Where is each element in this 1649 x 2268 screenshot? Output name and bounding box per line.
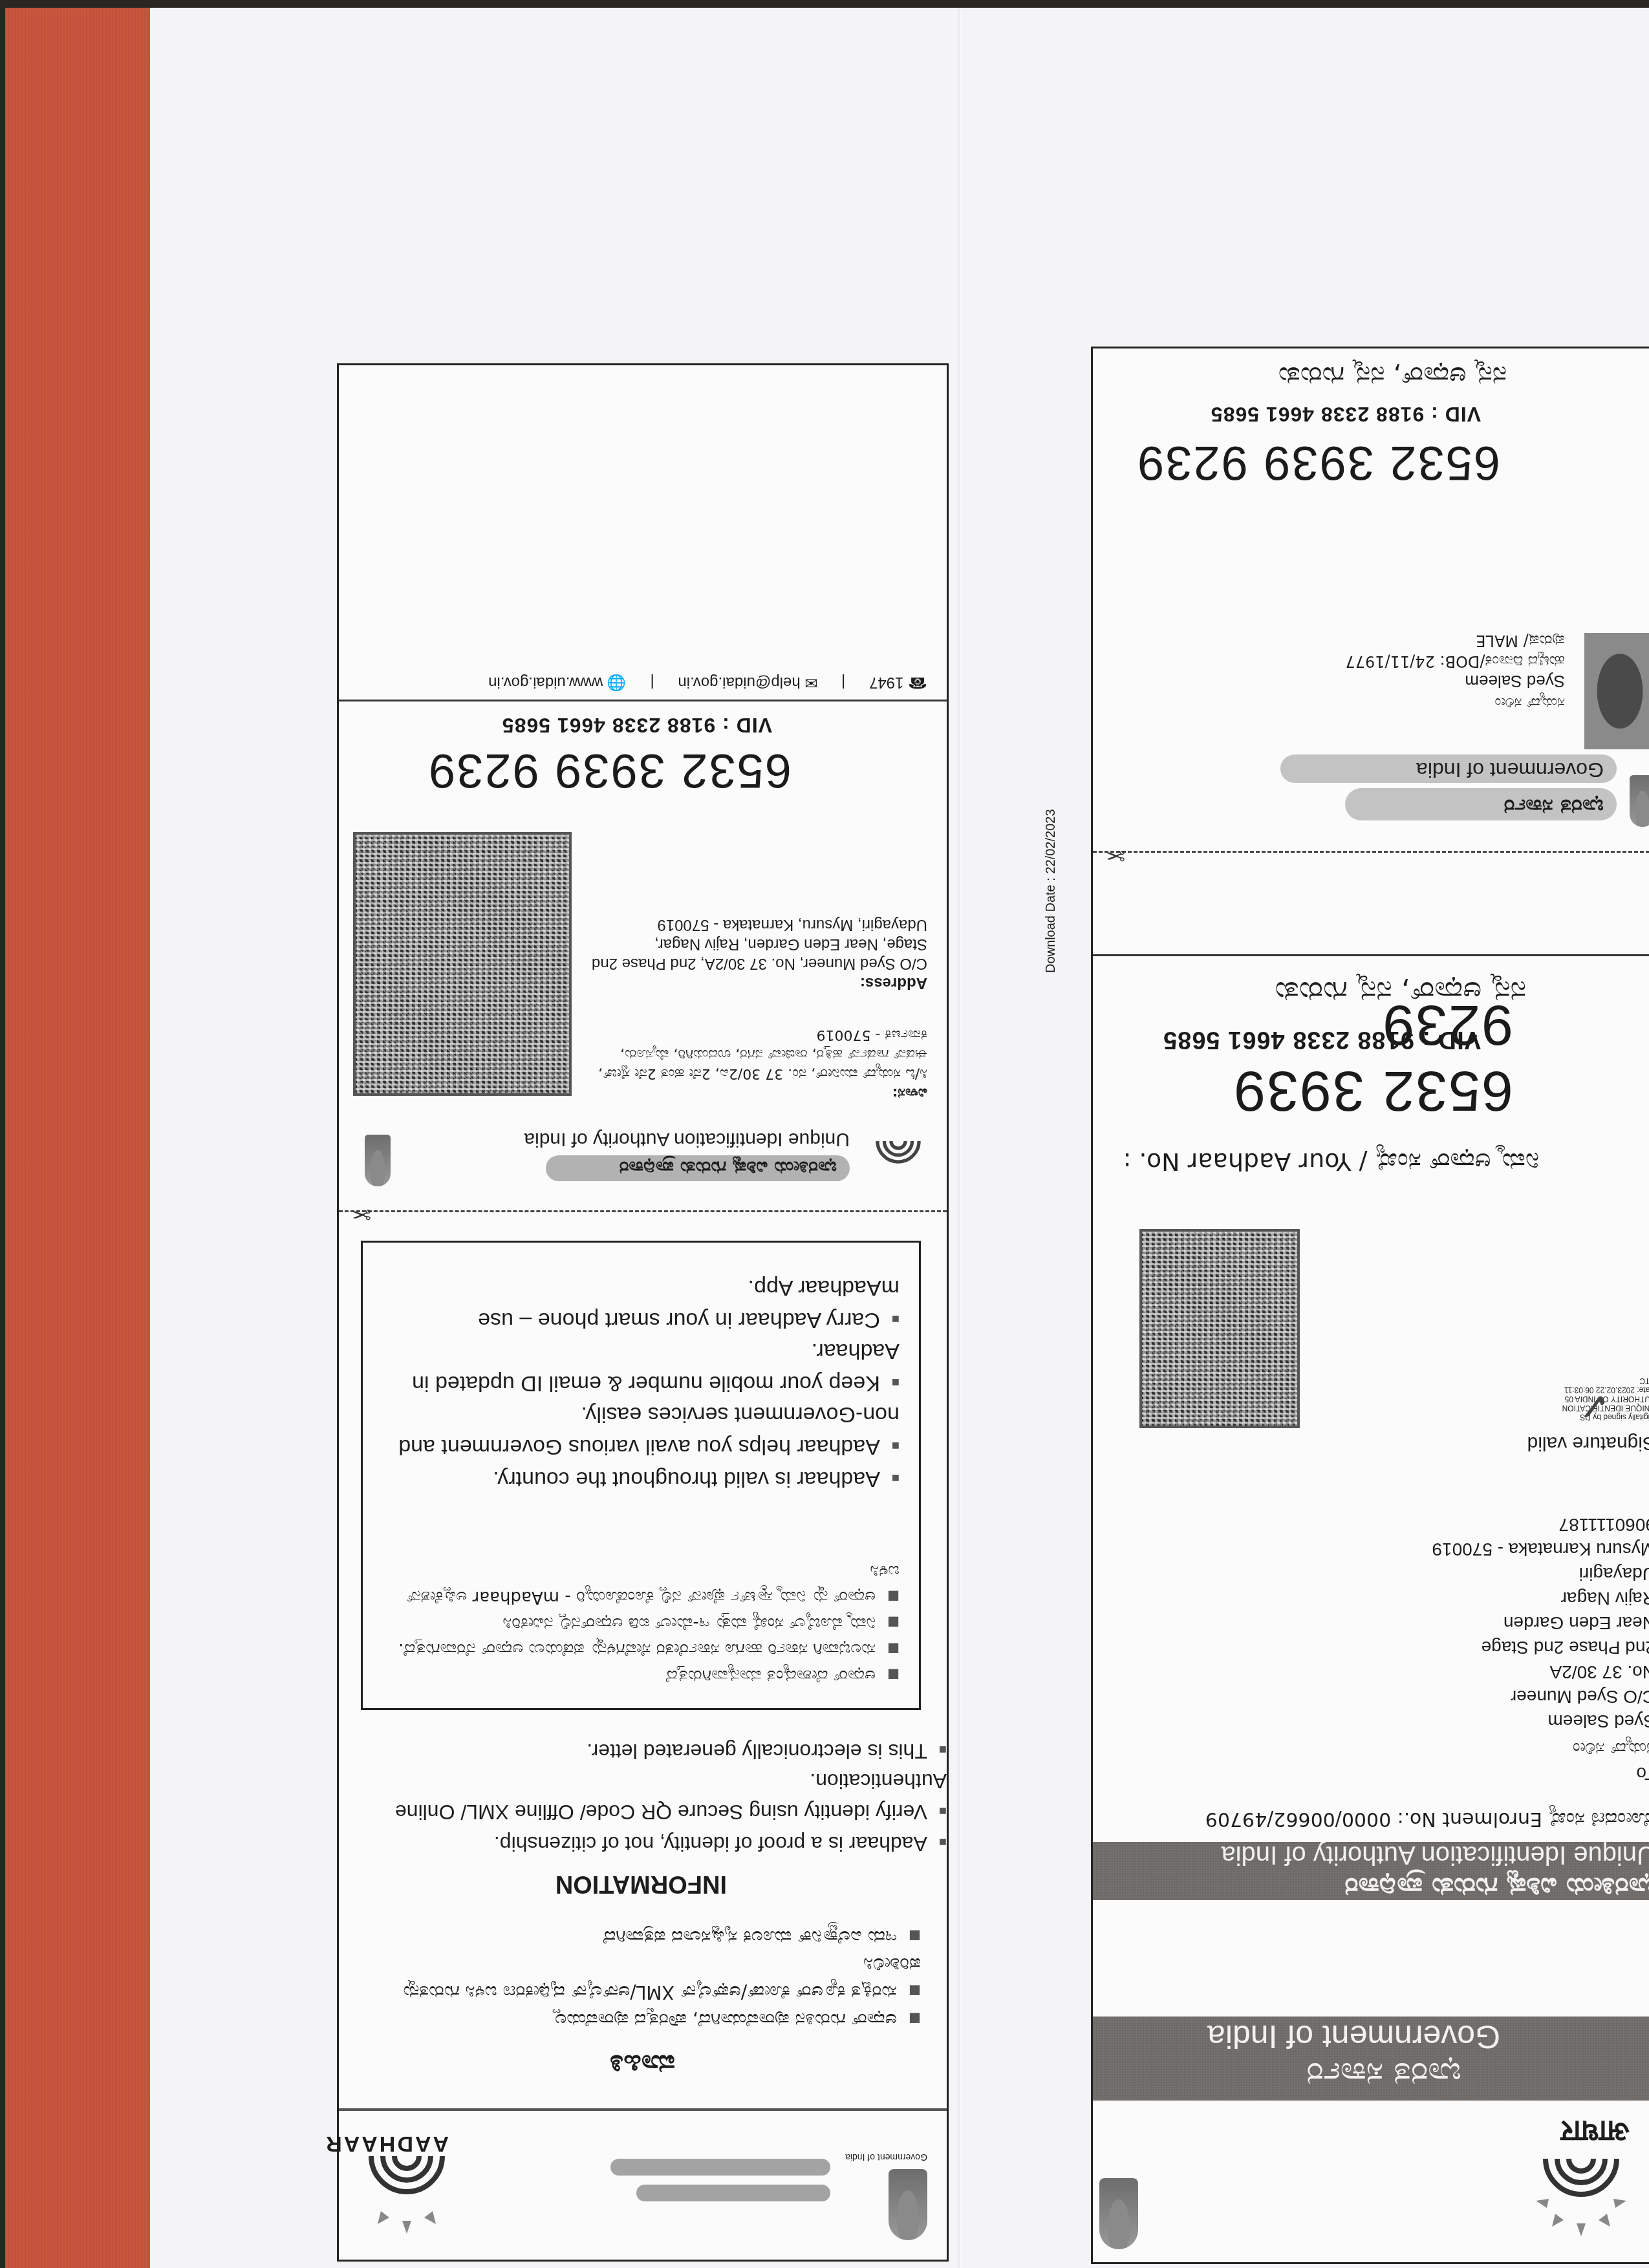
info-box-kn-list: ಆಧಾರ್ ದೇಶಾದ್ಯಂತ ಮಾನ್ಯವಾಗಿರುತ್ತದೆ ಸುಲಭವಾಗ… [382, 1558, 900, 1689]
list-item: Carry Aadhaar in your smart phone – use … [382, 1272, 900, 1336]
info-divider [339, 2108, 947, 2111]
list-item: ಆಧಾರ್ ದೇಶಾದ್ಯಂತ ಮಾನ್ಯವಾಗಿರುತ್ತದೆ [382, 1663, 900, 1689]
enrolment-no-value: 0000/00662/49709 [1205, 1808, 1391, 1830]
list-item: Keep your mobile number & email ID updat… [382, 1336, 900, 1399]
front-card-tagline: ನನ್ನ ಆಧಾರ್, ನನ್ನ ಗುರುತು [1278, 361, 1507, 390]
holder-photo [1584, 633, 1649, 749]
info-kn-list: ಆಧಾರ್ ಗುರುತಿನ ಪುರಾವೆಯಾಗಿದೆ, ಪೌರತ್ವದ ಪುರಾ… [365, 1923, 921, 2033]
back-card-vid: VID : 9188 2338 4661 5685 [502, 713, 772, 737]
govt-en-title: Government of India [1207, 2018, 1500, 2055]
info-header-smudge-2 [610, 2159, 830, 2176]
your-aadhaar-label: ನಿಮ್ಮ ಆಧಾರ್ ಸಂಖ್ಯೆ / Your Aadhaar No. : [1123, 1147, 1539, 1176]
info-en-list: Aadhaar is a proof of identity, not of c… [378, 1735, 947, 1859]
info-box-en-list: Aadhaar is valid throughout the country.… [382, 1272, 900, 1495]
list-item: ಸುರಕ್ಷಿತ ಕ್ಯೂಆರ್ ಕೋಡ್/ಆಫ್‌ಲೈನ್ XML/ಆನ್‌ಲ… [365, 1951, 921, 2006]
letter-qr-code [1139, 1229, 1300, 1428]
aadhaar-sun-logo-icon [1533, 2159, 1630, 2236]
addressee-block: Syed Saleem C/O Syed Muneer No. 37 30/2A… [1432, 1512, 1649, 1733]
rotated-document: आधार ಭಾರತ ಸರ್ಕಾರ Government of India ಭಾರ… [150, 8, 1649, 2268]
signature-check-mark-icon: ✓ [1578, 1383, 1610, 1428]
info-govt-label: Government of India [845, 2152, 927, 2163]
aadhaar-brand-text: AADHAAR [324, 2131, 449, 2156]
letter-panel: आधार ಭಾರತ ಸರ್ಕಾರ Government of India ಭಾರ… [1091, 347, 1649, 2264]
phone-icon: ☎ [908, 674, 927, 691]
back-card-uidai-en: Unique Identification Authority of India [524, 1128, 850, 1150]
back-card-aadhaar-number: 6532 3939 9239 [427, 744, 792, 798]
front-card-gender: ಪುರುಷ/ MALE [1476, 632, 1565, 650]
download-date: Download Date : 22/02/2023 [1044, 792, 1059, 973]
front-card-aadhaar-number: 6532 3939 9239 [1136, 436, 1500, 491]
to-label: To [1636, 1763, 1649, 1784]
addressee-kn: ಸಯ್ಯದ್ ಸಲೀಂ [1573, 1738, 1649, 1758]
national-emblem-icon [1099, 2178, 1138, 2249]
govt-kn-title: ಭಾರತ ಸರ್ಕಾರ [1306, 2055, 1461, 2093]
list-item: ಸುಲಭವಾಗಿ ಸರ್ಕಾರಿ ಹಾಗೂ ಸರ್ಕಾರೇತರ ಸೇವೆಗಳನ್… [382, 1636, 900, 1663]
back-card-qr-code [353, 832, 572, 1096]
list-item: Aadhaar helps you avail various Governme… [382, 1399, 900, 1462]
scissors-icon: ✂ [1106, 842, 1125, 869]
front-card-emblem-icon [1630, 775, 1649, 827]
back-card-address-kn: ವಿಳಾಸ: ಸಿ/ಓ ಸಯ್ಯದ್ ಮುನೀರ್, ನಂ. 37 30/2ಎ,… [591, 1025, 927, 1102]
back-card-emblem-icon [365, 1135, 391, 1186]
list-item: Aadhaar is a proof of identity, not of c… [378, 1827, 947, 1859]
info-header-smudge-1 [636, 2185, 830, 2201]
govt-header-band: ಭಾರತ ಸರ್ಕಾರ Government of India [1093, 2017, 1649, 2101]
back-card-aadhaar-logo-icon [869, 1141, 927, 1186]
info-emblem-icon [889, 2169, 927, 2240]
footer-separator: | [841, 674, 845, 691]
back-card-address: Address: C/O Syed Muneer, No. 37 30/2A, … [591, 915, 927, 992]
footer-separator: | [650, 674, 654, 691]
back-card-cut-line [339, 1210, 947, 1212]
front-card-dob: ಹುಟ್ಟಿದ ದಿನಾಂಕ/DOB: 24/11/1977 [1345, 652, 1565, 670]
info-title-en: INFORMATION [555, 1870, 727, 1898]
back-card-uidai-kn: ಭಾರತೀಯ ವಿಶಿಷ್ಟ ಗುರುತು ಪ್ರಾಧಿಕಾರ [620, 1157, 837, 1179]
list-item: This is electronically generated letter. [378, 1735, 947, 1766]
front-card-vid: VID : 9188 2338 4661 5685 [1211, 402, 1481, 426]
letter-tagline: ನನ್ನ ಆಧಾರ್, ನನ್ನ ಗುರುತು [1275, 975, 1526, 1008]
scanned-page: आधार ಭಾರತ ಸರ್ಕಾರ Government of India ಭಾರ… [150, 8, 1649, 2268]
cut-line [1093, 851, 1649, 853]
scissors-icon: ✂ [352, 1201, 371, 1228]
letter-aadhaar-number: 6532 3939 9239 [1093, 992, 1513, 1124]
red-background-board [5, 8, 160, 2268]
list-item: ಆಧಾರ್ ಗುರುತಿನ ಪುರಾವೆಯಾಗಿದೆ, ಪೌರತ್ವದ ಪುರಾ… [365, 2006, 921, 2033]
back-card-footer: ☎ 1947 | ✉ help@uidai.gov.in | 🌐 www.uid… [488, 673, 927, 692]
website: www.uidai.gov.in [488, 674, 603, 691]
uidai-en-title: Unique Identification Authority of India [1221, 1840, 1649, 1869]
uidai-kn-title: ಭಾರತೀಯ ವಿಶಿಷ್ಟ ಗುರುತು ಪ್ರಾಧಿಕಾರ [1344, 1872, 1649, 1901]
hindi-aadhaar-logo-text: आधार [1561, 2112, 1630, 2152]
email-icon: ✉ [804, 674, 817, 691]
info-box: ಆಧಾರ್ ದೇಶಾದ್ಯಂತ ಮಾನ್ಯವಾಗಿರುತ್ತದೆ ಸುಲಭವಾಗ… [361, 1241, 921, 1710]
front-card-govt-kn: ಭಾರತ ಸರ್ಕಾರ [1504, 794, 1604, 819]
info-and-back-card-panel: Government of India AADHAAR ಮಾಹಿತಿ ಆಧಾರ್… [337, 363, 949, 2262]
enrolment-number: ನೋಂದಣಿ ಸಂಖ್ಯೆ Enrolment No.: 0000/00662/… [1205, 1808, 1649, 1830]
list-item: ಆಧಾರ್ ನ್ನು ನಿಮ್ಮ ಸ್ಮಾರ್ಟ್ ಫೋನ್ ನಲ್ಲಿ ಕೊಂ… [382, 1558, 900, 1610]
front-card-name-kn: ಸಯ್ಯದ್ ಸಲೀಂ [1495, 694, 1565, 711]
list-item: ಇದು ಎಲೆಕ್ಟ್ರಾನಿಕ್ ಮೂಲಕ ಸೃಷ್ಟಿಸಲಾದ ಪತ್ರವಾ… [365, 1923, 921, 1951]
front-card-name: Syed Saleem [1465, 671, 1565, 691]
help-email: help@uidai.gov.in [678, 674, 800, 691]
aadhaar-brand-logo-icon [358, 2156, 455, 2234]
list-item: ನಿಮ್ಮ ಮೊಬೈಲ್ ಸಂಖ್ಯೆ ಮತ್ತು ಇ-ಮೇಲ್ ಐಡಿ ಆಧಾ… [382, 1610, 900, 1637]
globe-icon: 🌐 [607, 674, 627, 691]
list-item: Aadhaar is valid throughout the country. [382, 1462, 900, 1495]
info-title-kn: ಮಾಹಿತಿ [610, 2049, 675, 2079]
signature-valid-text: Signature valid [1527, 1432, 1649, 1454]
uidai-header-band: ಭಾರತೀಯ ವಿಶಿಷ್ಟ ಗುರುತು ಪ್ರಾಧಿಕಾರ Unique I… [1093, 1842, 1649, 1900]
divider [1093, 954, 1649, 956]
list-item: Verify identity using Secure QR Code/ Of… [378, 1766, 947, 1828]
letter-vid: VID : 9188 2338 4661 5685 [1163, 1025, 1481, 1053]
back-card-footer-divider [339, 700, 947, 701]
front-card-govt-en: Government of India [1416, 758, 1604, 782]
helpline-number: 1947 [869, 674, 903, 691]
